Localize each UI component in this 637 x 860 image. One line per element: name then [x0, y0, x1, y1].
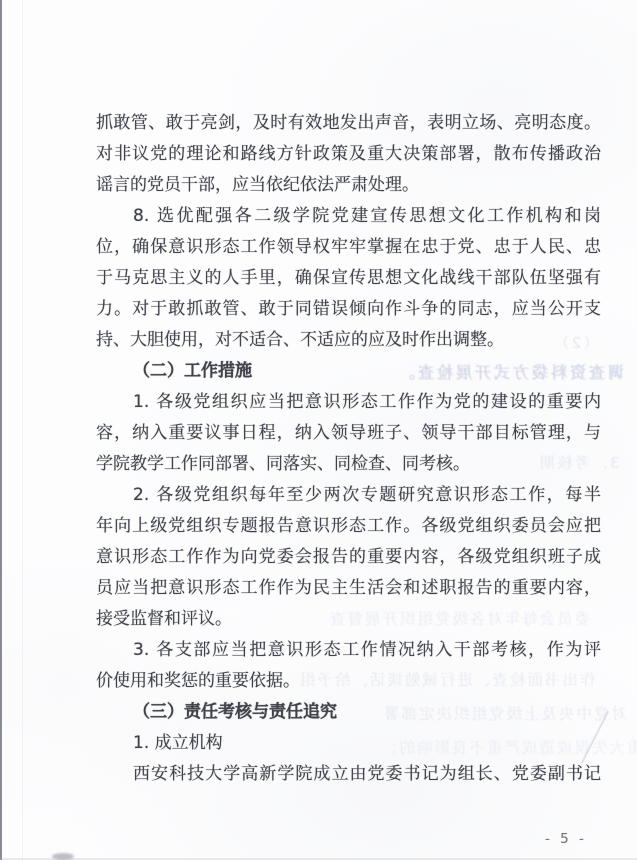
document-line: 谣言的党员干部，应当依纪依法严肃处理。 — [96, 170, 601, 201]
document-line: 位，确保意识形态工作领导权牢牢掌握在忠于党、忠于人民、忠 — [96, 232, 601, 263]
document-line: 抓敢管、敢于亮剑，及时有效地发出声音，表明立场、亮明态度。 — [96, 108, 601, 139]
document-line: 学院教学工作同部署、同落实、同检查、同考核。 — [96, 449, 601, 480]
document-line: 容，纳入重要议事日程，纳入领导班子、领导干部目标管理，与 — [96, 418, 601, 449]
scanned-document-page: 调查资料袋方式开展检查。 （2） 3．考核期 委员会每年对各级党组织开展督查 作… — [0, 0, 637, 860]
document-line: 西安科技大学高新学院成立由党委书记为组长、党委副书记 — [96, 759, 601, 790]
section-heading: （二）工作措施 — [96, 356, 601, 387]
document-line: 年向上级党组织专题报告意识形态工作。各级党组织委员会应把 — [96, 511, 601, 542]
document-line: 3. 各支部应当把意识形态工作情况纳入干部考核，作为评 — [96, 635, 601, 666]
document-line: 意识形态工作作为向党委会报告的重要内容，各级党组织班子成 — [96, 542, 601, 573]
document-line: 员应当把意识形态工作作为民主生活会和述职报告的重要内容， — [96, 573, 601, 604]
page-number: - 5 - — [545, 831, 587, 847]
section-heading: （三）责任考核与责任追究 — [96, 697, 601, 728]
document-line: 1. 成立机构 — [96, 728, 601, 759]
document-line: 对非议党的理论和路线方针政策及重大决策部署，散布传播政治 — [96, 139, 601, 170]
document-line: 2. 各级党组织每年至少两次专题研究意识形态工作，每半 — [96, 480, 601, 511]
document-line: 力。对于敢抓敢管、敢于同错误倾向作斗争的同志，应当公开支 — [96, 294, 601, 325]
document-line: 于马克思主义的人手里，确保宣传思想文化战线干部队伍坚强有 — [96, 263, 601, 294]
scan-edge-artifact — [0, 0, 2, 860]
document-line: 8. 选优配强各二级学院党建宣传思想文化工作机构和岗 — [96, 201, 601, 232]
scan-smudge — [52, 853, 74, 860]
document-line: 价使用和奖惩的重要依据。 — [96, 666, 601, 697]
document-line: 持、大胆使用，对不适合、不适应的应及时作出调整。 — [96, 325, 601, 356]
document-line: 接受监督和评议。 — [96, 604, 601, 635]
document-line: 1. 各级党组织应当把意识形态工作作为党的建设的重要内 — [96, 387, 601, 418]
paper-crease-line — [22, 0, 23, 860]
document-body: 抓敢管、敢于亮剑，及时有效地发出声音，表明立场、亮明态度。 对非议党的理论和路线… — [96, 108, 601, 790]
